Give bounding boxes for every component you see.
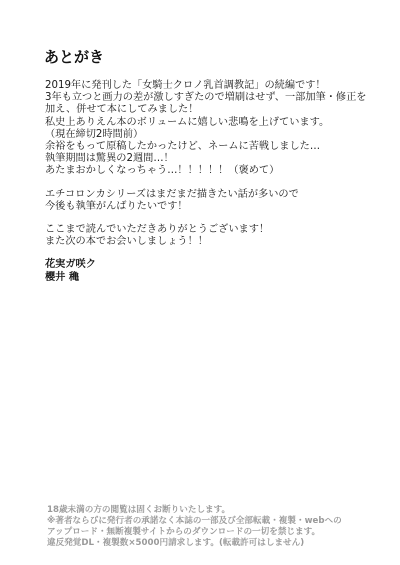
notice-line: ※著者ならびに発行者の承諾なく本誌の一部及び全部転載・複製・webへの [47, 516, 367, 527]
paragraph-2: エチコロンカシリーズはまだまだ描きたい話が多いので 今後も執筆がんばりたいです！ [45, 189, 365, 213]
afterword-body: 2019年に発刊した「女騎士クロノ乳首調教記」の続編です！ 3年も立つと画力の差… [45, 80, 365, 295]
text-line: また次の本でお会いしましょう！！ [45, 236, 365, 248]
text-line: ここまで読んでいただきありがとうございます！ [45, 224, 365, 236]
text-line: 3年も立つと画力の差が激しすぎたので増刷はせず、一部加筆・修正を [45, 92, 365, 104]
notice-line: 違反発覚DL・複製数×5000円請求します。(転載許可はしません) [47, 538, 367, 549]
text-line: 執筆期間は驚異の2週間…！ [45, 153, 365, 165]
text-line: あたまおかしくなっちゃう…！！！！！（褒めて） [45, 165, 365, 177]
text-line: 余裕をもって原稿したかったけど、ネームに苦戦しました… [45, 141, 365, 153]
text-line: （現在締切2時間前） [45, 129, 365, 141]
afterword-page: あとがき 2019年に発刊した「女騎士クロノ乳首調教記」の続編です！ 3年も立つ… [0, 0, 400, 565]
legal-notice: 18歳未満の方の閲覧は固くお断りいたします。 ※著者ならびに発行者の承諾なく本誌… [47, 505, 367, 549]
page-title: あとがき [44, 46, 104, 67]
notice-line: アップロード・無断複製サイトからのダウンロードの一切を禁じます。 [47, 527, 367, 538]
notice-line: 18歳未満の方の閲覧は固くお断りいたします。 [47, 505, 367, 516]
author-name: 櫻井 穐 [45, 272, 365, 284]
text-line: 私史上ありえん本のボリュームに嬉しい悲鳴を上げています。 [45, 117, 365, 129]
text-line: 2019年に発刊した「女騎士クロノ乳首調教記」の続編です！ [45, 80, 365, 92]
paragraph-3: ここまで読んでいただきありがとうございます！ また次の本でお会いしましょう！！ [45, 224, 365, 248]
text-line: 今後も執筆がんばりたいです！ [45, 201, 365, 213]
circle-name: 花実ガ咲ク [45, 259, 365, 271]
text-line: エチコロンカシリーズはまだまだ描きたい話が多いので [45, 189, 365, 201]
text-line: 加え、併せて本にしてみました！ [45, 104, 365, 116]
signature: 花実ガ咲ク 櫻井 穐 [45, 259, 365, 283]
paragraph-1: 2019年に発刊した「女騎士クロノ乳首調教記」の続編です！ 3年も立つと画力の差… [45, 80, 365, 178]
